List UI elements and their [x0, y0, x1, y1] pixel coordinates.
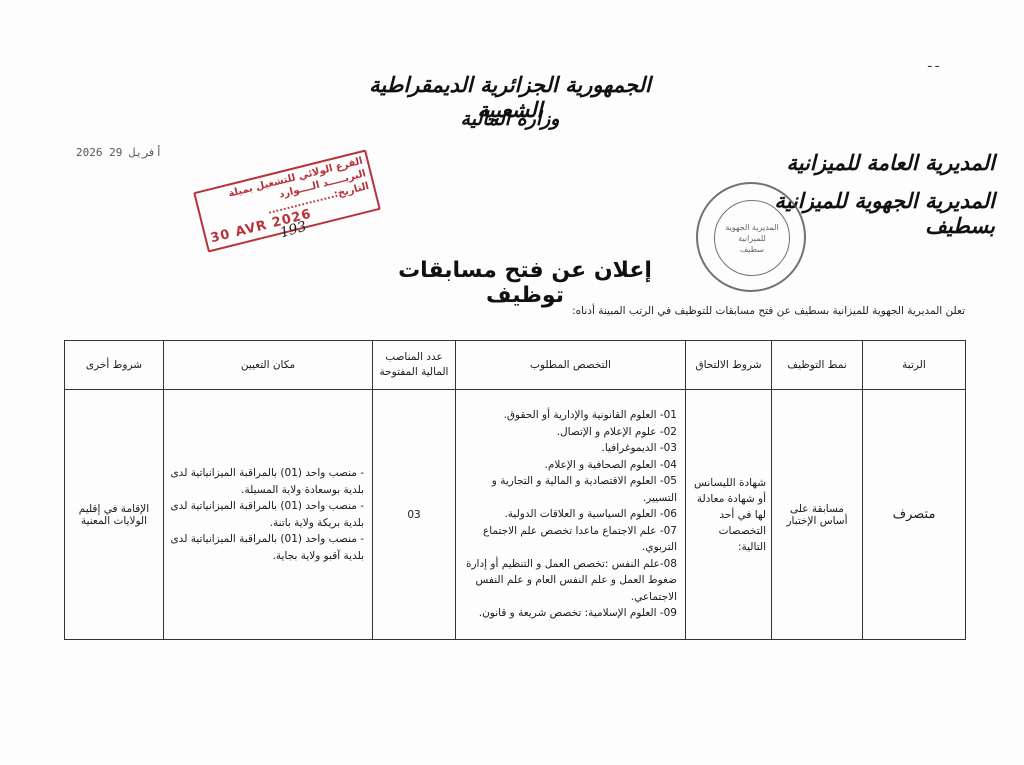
specialty-item: 05- العلوم الاقتصادية و المالية و التجار… — [461, 473, 677, 506]
assignment-item: - منصب واحد (01) بالمراقبة الميزانياتية … — [169, 531, 364, 564]
header-other-conditions: شروط أخرى — [65, 341, 164, 390]
specialty-item: 09- العلوم الإسلامية: تخصص شريعة و قانون… — [461, 605, 677, 622]
recruitment-table: الرتبة نمط التوظيف شروط الالتحاق التخصص … — [64, 340, 966, 640]
assignment-item: - منصب واحد (01) بالمراقبة الميزانياتية … — [169, 465, 364, 498]
specialty-item: 08-علم النفس :تخصص العمل و التنظيم أو إد… — [461, 556, 677, 606]
seal-line-3: سطيف — [740, 244, 764, 255]
specialty-item: 03- الديموغرافيا. — [461, 440, 677, 457]
header-assignment-place: مكان التعيين — [164, 341, 373, 390]
announcement-intro: تعلن المديرية الجهوية للميزانية بسطيف عن… — [460, 305, 965, 317]
cell-access-conditions: شهادة الليسانس أو شهادة معادلة لها في أح… — [686, 390, 772, 640]
specialty-item: 04- العلوم الصحافية و الإعلام. — [461, 457, 677, 474]
table-header-row: الرتبة نمط التوظيف شروط الالتحاق التخصص … — [65, 341, 966, 390]
header-rank: الرتبة — [863, 341, 966, 390]
header-recruitment-mode: نمط التوظيف — [772, 341, 863, 390]
specialty-item: 01- العلوم القانونية والإدارية أو الحقوق… — [461, 407, 677, 424]
header-open-positions: عدد المناصب المالية المفتوحة — [373, 341, 456, 390]
corner-marks: ـ ـ — [928, 56, 939, 70]
specialty-item: 02- علوم الإعلام و الإتصال. — [461, 424, 677, 441]
seal-line-1: المديرية الجهوية — [725, 222, 778, 233]
cell-recruitment-mode: مسابقة على أساس الإختبار — [772, 390, 863, 640]
specialty-item: 06- العلوم السياسية و العلاقات الدولية. — [461, 506, 677, 523]
date-stamp: 2026 أفريل 29 — [76, 146, 162, 159]
cell-specialties: 01- العلوم القانونية والإدارية أو الحقوق… — [456, 390, 686, 640]
announcement-title: إعلان عن فتح مسابقات توظيف — [380, 258, 670, 308]
table-row: متصرف مسابقة على أساس الإختبار شهادة الل… — [65, 390, 966, 640]
cell-open-positions: 03 — [373, 390, 456, 640]
cell-rank: متصرف — [863, 390, 966, 640]
cell-other-conditions: الإقامة في إقليم الولايات المعنية — [65, 390, 164, 640]
assignment-item: - منصب واحد (01) بالمراقبة الميزانياتية … — [169, 498, 364, 531]
cell-assignment-places: - منصب واحد (01) بالمراقبة الميزانياتية … — [164, 390, 373, 640]
seal-line-2: للميزانية — [738, 233, 766, 244]
header-access-conditions: شروط الالتحاق — [686, 341, 772, 390]
round-seal: المديرية الجهوية للميزانية سطيف — [696, 182, 806, 292]
header-specialty: التخصص المطلوب — [456, 341, 686, 390]
directorate-general-heading: المديرية العامة للميزانية — [770, 150, 995, 175]
specialty-item: 07- علم الاجتماع ماعدا تخصص علم الاجتماع… — [461, 523, 677, 556]
ministry-heading: وزارة المالية — [440, 108, 580, 130]
